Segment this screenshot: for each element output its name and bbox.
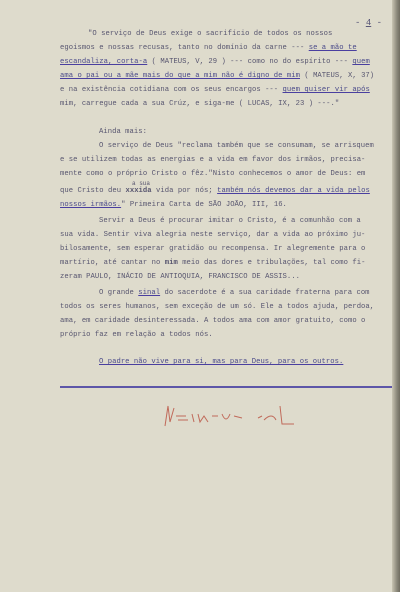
text-line: ama o pai ou a mãe mais do que a mim não… xyxy=(60,72,374,80)
overtyped-correction: a sua xyxy=(132,180,150,187)
text-line: todos os seres humanos, sem exceção de u… xyxy=(60,303,374,311)
text-line: sua vida. Sentir viva alegria neste serv… xyxy=(60,231,365,239)
text-line: bilosamente, sem esperar gratidão ou rec… xyxy=(60,245,365,253)
text-line: e na existência cotidiana com os seus en… xyxy=(60,86,370,94)
page-number: - 4 - xyxy=(355,18,382,28)
text-line: ama, em caridade desinteressada. A todos… xyxy=(60,317,365,325)
closing-statement: O padre não vive para si, mas para Deus,… xyxy=(99,358,343,366)
document-page: - 4 - "O serviço de Deus exige o sacrifí… xyxy=(0,0,392,592)
text-line: mente como o próprio Cristo o fêz."Nisto… xyxy=(60,170,365,178)
text-line: próprio faz em relação a todos nós. xyxy=(60,331,213,339)
page-edge xyxy=(392,0,400,592)
text-line: que Cristo deu xxxida vida por nós; tamb… xyxy=(60,187,370,195)
text-line: "O serviço de Deus exige o sacrifício de… xyxy=(88,30,332,38)
text-line: Ainda mais: xyxy=(99,128,147,136)
text-line: mim, carregue cada a sua Crúz, e siga-me… xyxy=(60,100,339,108)
text-line: O serviço de Deus "reclama também que se… xyxy=(99,142,374,150)
horizontal-rule xyxy=(60,386,393,388)
text-line: martírio, até cantar no mim meio das dor… xyxy=(60,259,365,267)
text-line: Servir a Deus é procurar imitar o Cristo… xyxy=(99,217,361,225)
text-line: O grande sinal do sacerdote é a sua cari… xyxy=(99,289,370,297)
text-line: zeram PAULO, INÁCIO DE ANTIOQUIA, FRANCI… xyxy=(60,273,300,281)
text-line: e se utilizem todas as energias e a vida… xyxy=(60,156,365,164)
signature-icon xyxy=(160,400,300,430)
text-line: escandaliza, corta-a ( MATEUS, V, 29 ) -… xyxy=(60,58,370,66)
text-line: egoismos e nossas recusas, tanto no domí… xyxy=(60,44,357,52)
text-line: nossos irmãos." Primeira Carta de SÃO JO… xyxy=(60,201,287,209)
